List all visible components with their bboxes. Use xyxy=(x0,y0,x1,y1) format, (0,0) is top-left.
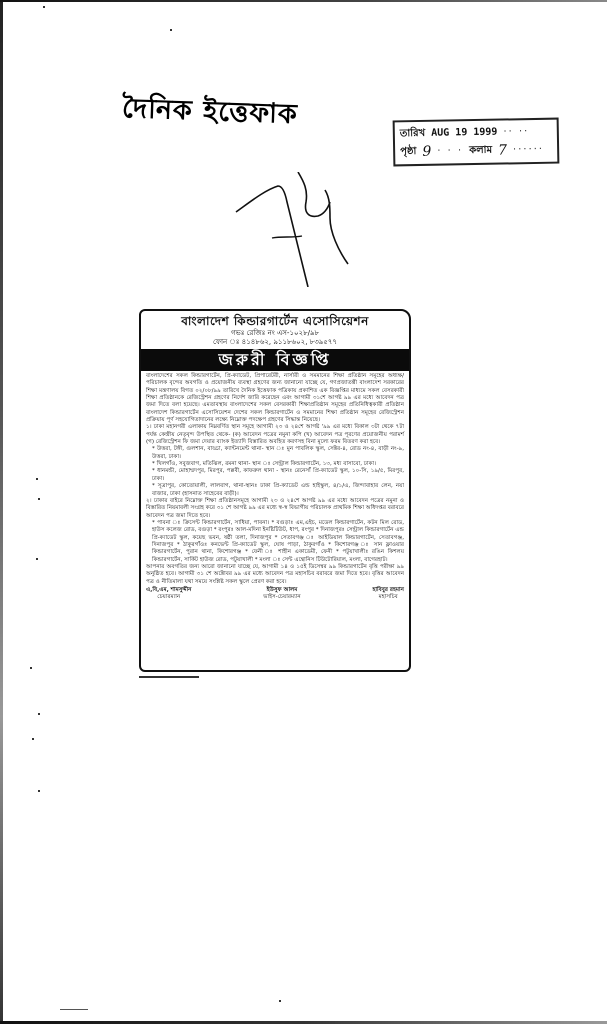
registration-number: গভঃ রেজিঃ নং এস-১০২৮/৯৮ xyxy=(146,329,404,338)
stamp-date-label: তারিখ xyxy=(400,125,426,143)
stamp-dots: ······ xyxy=(513,141,544,160)
stamp-page-row: পৃষ্ঠা 9 · · · কলাম 7 ······ xyxy=(400,141,552,162)
newspaper-masthead: দৈনিক ইত্তেফাক xyxy=(121,88,298,139)
scan-speck xyxy=(32,738,34,740)
notice-location-sutrapur: * সূত্রাপুর, কোতোয়ালী, লালবাগ, থানা-স্থ… xyxy=(146,483,404,498)
stamp-page-label: পৃষ্ঠা xyxy=(400,143,417,161)
stamp-page-value: 9 xyxy=(422,143,431,161)
stamp-column-label: কলাম xyxy=(469,142,492,160)
scan-speck xyxy=(38,713,40,715)
notice-location-uttara: * উত্তরা, টঙ্গী, গুলশান, বাড্ডা, ক্যান্ট… xyxy=(146,446,404,461)
notice-headline: জরুরী বিজ্ঞপ্তি xyxy=(141,349,409,371)
scan-border-top xyxy=(0,0,607,2)
date-page-stamp: তারিখ AUG 19 1999 ·· ·· পৃষ্ঠা 9 · · · ক… xyxy=(393,118,560,167)
signatory-vice-chairman: ইউসুফ আলম ভাইস-চেয়ারম্যান xyxy=(263,587,300,601)
scan-speck xyxy=(43,6,45,8)
handwritten-page-number: 74 xyxy=(230,172,350,287)
notice-paragraph-dhaka: ১। ঢাকা মহানগরী এলাকায় নিম্নবর্ণিত স্থা… xyxy=(146,424,404,446)
scan-speck xyxy=(170,29,172,31)
notice-body: বাংলাদেশের সকল কিন্ডারগার্টেন, প্রি-ক্যা… xyxy=(146,373,404,586)
stamp-dots: ·· ·· xyxy=(503,123,529,141)
signatory-secretary-general: হাবিবুর রহমান মহাসচিব xyxy=(372,587,404,601)
stamp-date-value: AUG 19 1999 xyxy=(431,124,498,143)
scan-speck xyxy=(36,558,38,560)
notice-paragraph-intro: বাংলাদেশের সকল কিন্ডারগার্টেন, প্রি-ক্যা… xyxy=(146,373,404,424)
notice-location-dhanmondi: * ধানমন্ডী, মোহাম্মদপুর, মিরপুর, পল্লবী,… xyxy=(146,468,404,483)
notice-paragraph-scholarship: আপনার অবগতির জন্য আরো জানানো যাচ্ছে যে, … xyxy=(146,564,404,586)
scan-speck xyxy=(38,498,40,500)
stamp-dots: · · · xyxy=(437,142,463,160)
organization-name: বাংলাদেশ কিন্ডারগার্টেন এসোসিয়েশন xyxy=(146,314,404,329)
clipping-edge-smudge xyxy=(139,676,199,678)
scan-speck xyxy=(36,478,38,480)
signatory-chairman: এ,বি,এম, শামসুদ্দীন চেয়ারম্যান xyxy=(146,587,191,601)
signatories: এ,বি,এম, শামসুদ্দীন চেয়ারম্যান ইউসুফ আল… xyxy=(146,587,404,601)
scan-speck xyxy=(30,667,32,669)
notice-paragraph-outside-dhaka: ২। ঢাকার বাইরে নিম্নোক্ত শিক্ষা প্রতিষ্ঠ… xyxy=(146,498,404,520)
phone-numbers: ফোন ঃ ৪১৪৮৬২, ৯১১৮৬০২, ৮৩৯৫৭৭ xyxy=(146,338,404,347)
newspaper-clipping-notice: বাংলাদেশ কিন্ডারগার্টেন এসোসিয়েশন গভঃ র… xyxy=(139,309,411,672)
notice-locations-districts: * পাবনা ঃ ক্রিসেন্ট কিন্ডারগার্টেন, সাধি… xyxy=(146,520,404,564)
scan-speck xyxy=(279,1000,281,1002)
scan-speck xyxy=(60,1009,88,1010)
scan-border-left xyxy=(0,0,3,1024)
scan-speck xyxy=(38,790,40,792)
stamp-column-value: 7 xyxy=(498,141,507,159)
